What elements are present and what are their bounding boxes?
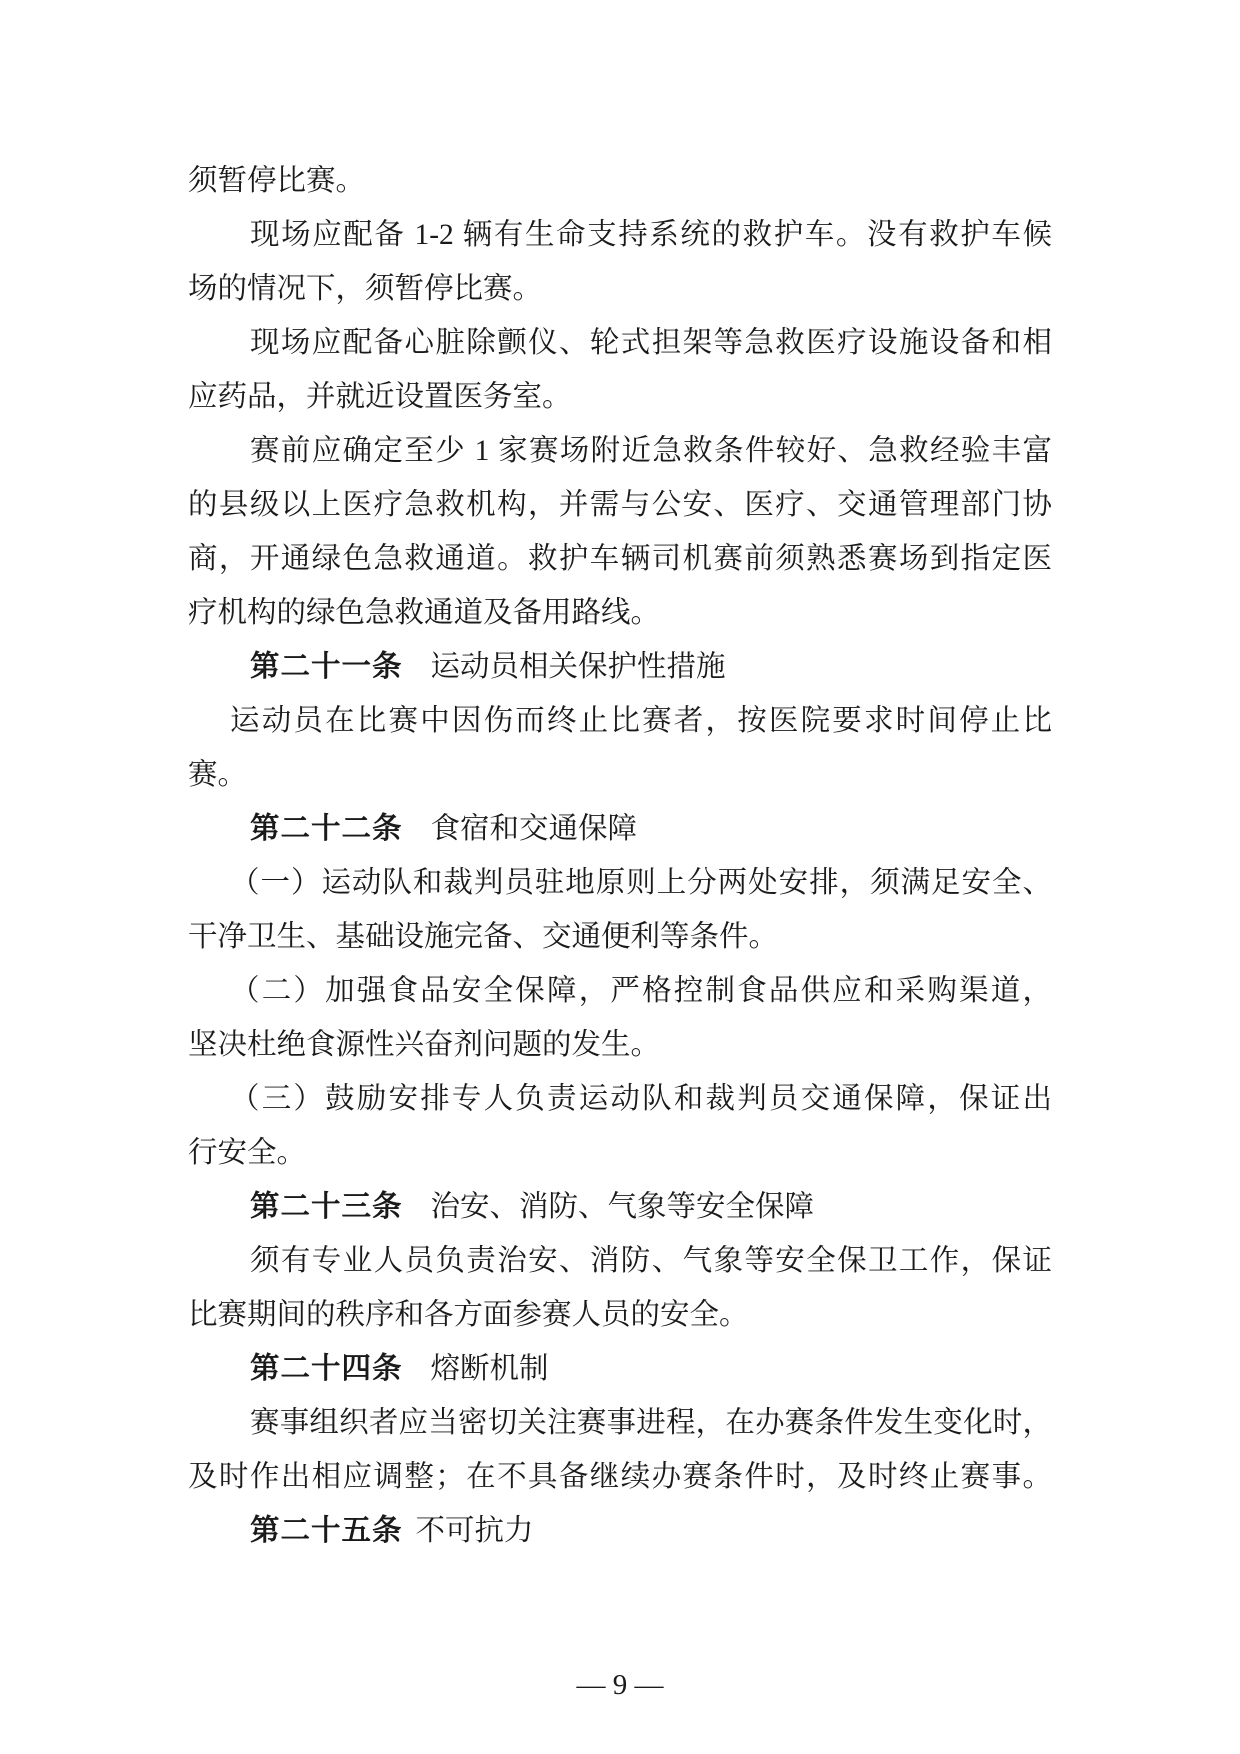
article-number: 第二十四条	[250, 1352, 403, 1385]
body-text-line: 应药品，并就近设置医务室。	[188, 370, 1052, 424]
body-text-line: 疗机构的绿色急救通道及备用路线。	[188, 586, 1052, 640]
article-heading: 第二十二条食宿和交通保障	[188, 802, 1052, 856]
article-heading: 第二十五条不可抗力	[188, 1504, 1052, 1558]
article-title: 治安、消防、气象等安全保障	[431, 1191, 815, 1223]
article-title: 食宿和交通保障	[431, 813, 638, 845]
body-text-line: 的县级以上医疗急救机构，并需与公安、医疗、交通管理部门协	[188, 478, 1052, 532]
article-number: 第二十二条	[250, 812, 403, 845]
document-body: 须暂停比赛。现场应配备 1-2 辆有生命支持系统的救护车。没有救护车候场的情况下…	[188, 154, 1052, 1558]
article-number: 第二十一条	[250, 650, 403, 683]
body-text-line: 行安全。	[188, 1126, 1052, 1180]
body-text-line: 赛事组织者应当密切关注赛事进程，在办赛条件发生变化时，	[188, 1396, 1052, 1450]
body-text-line: 干净卫生、基础设施完备、交通便利等条件。	[188, 910, 1052, 964]
article-heading: 第二十三条治安、消防、气象等安全保障	[188, 1180, 1052, 1234]
article-number: 第二十三条	[250, 1190, 403, 1223]
article-heading: 第二十四条熔断机制	[188, 1342, 1052, 1396]
body-text-line: 现场应配备心脏除颤仪、轮式担架等急救医疗设施设备和相	[188, 316, 1052, 370]
body-text-line: 须暂停比赛。	[188, 154, 1052, 208]
body-text-line: 坚决杜绝食源性兴奋剂问题的发生。	[188, 1018, 1052, 1072]
body-text-line: （二）加强食品安全保障，严格控制食品供应和采购渠道，	[188, 964, 1052, 1018]
body-text-line: 现场应配备 1-2 辆有生命支持系统的救护车。没有救护车候	[188, 208, 1052, 262]
body-text-line: （三）鼓励安排专人负责运动队和裁判员交通保障，保证出	[188, 1072, 1052, 1126]
page-number: — 9 —	[577, 1669, 664, 1701]
body-text-line: 赛前应确定至少 1 家赛场附近急救条件较好、急救经验丰富	[188, 424, 1052, 478]
body-text-line: 须有专业人员负责治安、消防、气象等安全保卫工作，保证	[188, 1234, 1052, 1288]
page-footer: — 9 —	[0, 1658, 1240, 1712]
article-title: 运动员相关保护性措施	[431, 651, 726, 683]
body-text-line: 商，开通绿色急救通道。救护车辆司机赛前须熟悉赛场到指定医	[188, 532, 1052, 586]
body-text-line: 运动员在比赛中因伤而终止比赛者，按医院要求时间停止比	[188, 694, 1052, 748]
article-title: 不可抗力	[416, 1515, 534, 1547]
body-text-line: 及时作出相应调整；在不具备继续办赛条件时，及时终止赛事。	[188, 1450, 1052, 1504]
article-number: 第二十五条	[250, 1514, 403, 1547]
body-text-line: 场的情况下，须暂停比赛。	[188, 262, 1052, 316]
article-title: 熔断机制	[431, 1353, 549, 1385]
body-text-line: 比赛期间的秩序和各方面参赛人员的安全。	[188, 1288, 1052, 1342]
body-text-line: （一）运动队和裁判员驻地原则上分两处安排，须满足安全、	[188, 856, 1052, 910]
body-text-line: 赛。	[188, 748, 1052, 802]
article-heading: 第二十一条运动员相关保护性措施	[188, 640, 1052, 694]
